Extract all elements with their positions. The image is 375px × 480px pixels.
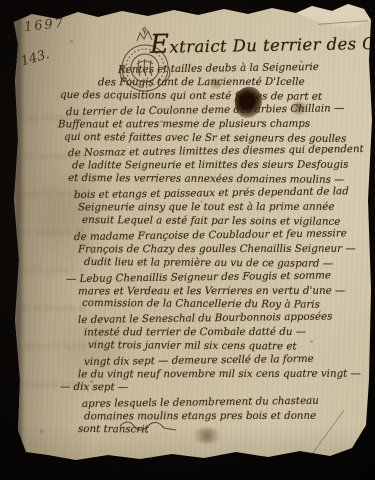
folio-annotation: f 143.	[11, 47, 52, 72]
manuscript-text: Extraict Du terrier des Cens Rentes et t…	[58, 28, 370, 437]
manuscript-line: des Fougis tant de Lancienneté D'Icelle	[98, 76, 370, 91]
manuscript-lines: Rentes et tailles deubs à la Seigneuried…	[58, 62, 370, 437]
manuscript-line: le du vingt neuf novembre mil six cens q…	[78, 368, 370, 383]
signature-flourish	[118, 418, 178, 432]
foxing-spots	[0, 0, 3, 3]
manuscript-scan: du terrier de lade Nosmaz et autbois et …	[0, 0, 375, 480]
paper-sheet: du terrier de lade Nosmaz et autbois et …	[0, 0, 375, 480]
manuscript-line: François de Chazy des goulles Chenaillis…	[78, 242, 370, 257]
manuscript-title: Extraict Du terrier des Cens	[150, 26, 370, 60]
manuscript-line: Buffenaut et autres mesme de plusieurs c…	[58, 117, 370, 132]
manuscript-line: Seigneurie ainsy que le tout est à la pr…	[78, 201, 370, 216]
